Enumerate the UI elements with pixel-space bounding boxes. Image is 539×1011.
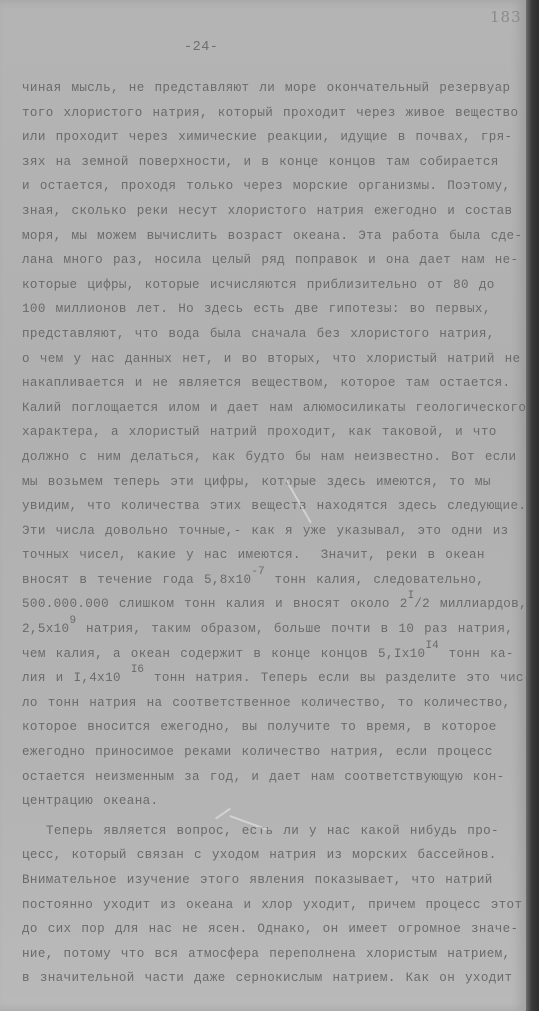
text-line: мы возьмем теперь эти цифры, которые зде… [22, 470, 522, 495]
text-line: Внимательное изучение этого явления пока… [22, 868, 522, 893]
superscript-exponent: I [408, 590, 415, 602]
text-line: представляют, что вода была сначала без … [22, 322, 522, 347]
text-line: моря, мы можем вычислить возраст океана.… [22, 224, 522, 249]
text-line: до сих пор для нас не ясен. Однако, он и… [22, 917, 522, 942]
text-segment: тонн калия, следовательно, [265, 573, 485, 587]
text-line: ежегодно приносимое реками количество на… [22, 740, 522, 765]
page-number: -24- [184, 40, 218, 55]
superscript-exponent: I6 [131, 664, 144, 676]
text-line: Теперь является вопрос, есть ли у нас ка… [22, 819, 522, 844]
superscript-exponent: -7 [251, 566, 264, 578]
document-body: чиная мысль, не представляют ли море око… [22, 76, 522, 991]
text-line: или проходит через химические реакции, и… [22, 125, 522, 150]
film-edge [526, 0, 539, 1011]
text-line: которое вносится ежегодно, вы получите т… [22, 715, 522, 740]
document-page: 183 -24- чиная мысль, не представляют ли… [0, 0, 526, 1011]
text-line: цесс, который связан с уходом натрия из … [22, 843, 522, 868]
text-line: накапливается и не является веществом, к… [22, 371, 522, 396]
text-segment: тонн натрия. Теперь если вы разделите эт… [144, 671, 532, 685]
text-segment: 2,5x10 [22, 622, 69, 636]
text-segment: вносят в течение года 5,8x10 [22, 573, 251, 587]
text-line: центрацию океана. [22, 789, 522, 814]
text-segment: натрия, таким образом, больше почти в 10… [76, 622, 513, 636]
text-segment: 500.000.000 слишком тонн калия и вносят … [22, 597, 408, 611]
text-line: чем калия, а океан содержит в конце конц… [22, 642, 522, 667]
text-segment: тонн ка- [439, 647, 514, 661]
text-line: 100 миллионов лет. Но здесь есть две гип… [22, 297, 522, 322]
text-line: ло тонн натрия на соответственное количе… [22, 691, 522, 716]
text-line: в значительной части даже сернокислым на… [22, 966, 522, 991]
text-line: 500.000.000 слишком тонн калия и вносят … [22, 592, 522, 617]
text-segment: /2 миллиардов, [414, 597, 527, 611]
text-line: которые цифры, которые исчисляются прибл… [22, 273, 522, 298]
text-line: и остается, проходя только через морские… [22, 174, 522, 199]
text-line: лия и I,4x10 I6 тонн натрия. Теперь если… [22, 666, 522, 691]
text-line: вносят в течение года 5,8x10-7 тонн кали… [22, 568, 522, 593]
text-segment: чем калия, а океан содержит в конце конц… [22, 647, 425, 661]
text-line: того хлористого натрия, который проходит… [22, 101, 522, 126]
archive-folio-mark: 183 [490, 8, 522, 26]
text-line: Эти числа довольно точные,- как я уже ук… [22, 519, 522, 544]
text-segment: лия и I,4x10 [22, 671, 131, 685]
text-line: о чем у нас данных нет, и во вторых, что… [22, 347, 522, 372]
text-line: Калий поглощается илом и дает нам алюмос… [22, 396, 522, 421]
text-line: ние, потому что вся атмосфера переполнен… [22, 942, 522, 967]
superscript-exponent: I4 [425, 640, 438, 652]
superscript-exponent: 9 [69, 615, 76, 627]
text-line: чиная мысль, не представляют ли море око… [22, 76, 522, 101]
text-line: лана много раз, носила целый ряд поправо… [22, 248, 522, 273]
text-line: увидим, что количества этих веществ нахо… [22, 494, 522, 519]
text-line: зях на земной поверхности, и в конце кон… [22, 150, 522, 175]
text-line: характера, а хлористый натрий проходит, … [22, 420, 522, 445]
text-line: зная, сколько реки несут хлористого натр… [22, 199, 522, 224]
text-line: должно с ним делаться, как будто бы нам … [22, 445, 522, 470]
text-line: постоянно уходит из океана и хлор уходит… [22, 893, 522, 918]
text-line: остается неизменным за год, и дает нам с… [22, 765, 522, 790]
text-line: точных чисел, какие у нас имеются. Значи… [22, 543, 522, 568]
text-line: 2,5x109 натрия, таким образом, больше по… [22, 617, 522, 642]
